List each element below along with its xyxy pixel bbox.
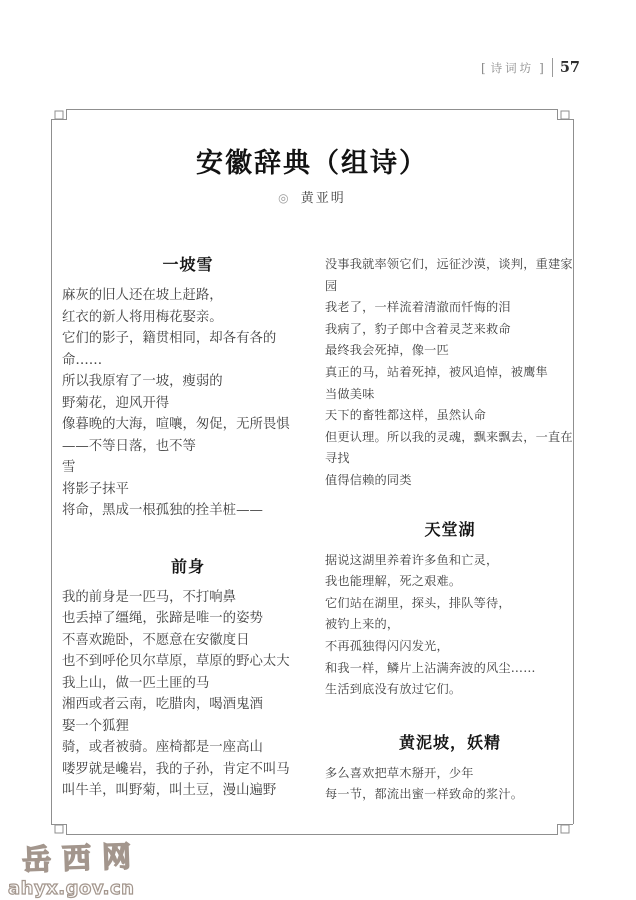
poem-line: 天下的畜牲都这样，虽然认命 [325,405,575,427]
poem-line: 骑，或者被骑。座椅都是一座高山 [62,737,314,759]
poem-line: 野菊花，迎风开得 [62,393,314,415]
poem-body: 据说这湖里养着许多鱼和亡灵，我也能理解，死之艰难。它们站在湖里，探头，排队等待，… [325,550,575,701]
poem-line: 我的前身是一匹马，不打响鼻 [62,587,314,609]
poem-line: 被钓上来的， [325,614,575,636]
frame-knot-br [561,825,569,833]
poem-line: 真正的马，站着死掉，被风追悼，被鹰隼 [325,362,575,384]
poem-line: 湘西或者云南，吃腊肉，喝酒鬼酒 [62,694,314,716]
poem-title: 前身 [62,556,314,578]
poem-yipoxue: 一坡雪 麻灰的旧人还在坡上赶路，红衣的新人将用梅花娶亲。它们的影子，籍贯相同，却… [62,254,314,522]
poem-title: 黄泥坡，妖精 [325,732,575,754]
poem-body: 我的前身是一匹马，不打响鼻也丢掉了缰绳，张蹄是唯一的姿势不喜欢跪卧，不愿意在安徽… [62,587,314,802]
poem-line: 叫牛羊，叫野菊，叫土豆，漫山遍野 [62,780,314,802]
header-divider-rule [552,58,553,77]
poem-qianshen: 前身 我的前身是一匹马，不打响鼻也丢掉了缰绳，张蹄是唯一的姿势不喜欢跪卧，不愿意… [62,556,314,802]
poem-line: 据说这湖里养着许多鱼和亡灵， [325,550,575,572]
poem-line: 雪 [62,457,314,479]
poem-line: 最终我会死掉，像一匹 [325,340,575,362]
site-watermark: 岳西网 ahyx.gov.cn [8,836,142,899]
frame-corner-tl [51,110,67,120]
frame-corner-bl [51,825,67,835]
poem-line: 娶一个狐狸 [62,716,314,738]
column-left: 一坡雪 麻灰的旧人还在坡上赶路，红衣的新人将用梅花娶亲。它们的影子，籍贯相同，却… [62,254,314,802]
author-name: 黄亚明 [301,191,346,206]
poem-line: 命…… [62,350,314,372]
poem-qianshen-continuation: 没事我就率领它们，远征沙漠，谈判，重建家园我老了，一样流着清澈而忏悔的泪我病了，… [325,254,575,492]
frame-knot-bl [55,825,63,833]
poem-line: 所以我原宥了一坡，瘦弱的 [62,371,314,393]
poem-line: 不再孤独得闪闪发光， [325,636,575,658]
column-right: 没事我就率领它们，远征沙漠，谈判，重建家园我老了，一样流着清澈而忏悔的泪我病了，… [325,254,575,806]
page-number: 57 [560,59,580,76]
poem-line: 不喜欢跪卧，不愿意在安徽度日 [62,630,314,652]
poem-line: 值得信赖的同类 [325,470,575,492]
poem-tiantanghu: 天堂湖 据说这湖里养着许多鱼和亡灵，我也能理解，死之艰难。它们站在湖里，探头，排… [325,519,575,701]
poem-line: 也丢掉了缰绳，张蹄是唯一的姿势 [62,608,314,630]
poem-huangnipo: 黄泥坡，妖精 多么喜欢把草木掰开，少年每一节，都流出蜜一样致命的浆汁。 [325,732,575,806]
poem-line: 它们的影子，籍贯相同，却各有各的 [62,328,314,350]
poem-line: 没事我就率领它们，远征沙漠，谈判，重建家 [325,254,575,276]
poem-body: 多么喜欢把草木掰开，少年每一节，都流出蜜一样致命的浆汁。 [325,763,575,806]
frame-corner-tr [558,110,574,120]
running-head: [ 诗词坊 ] 57 [481,58,580,77]
poem-line: 将命，黑成一根孤独的拴羊桩—— [62,500,314,522]
frame-knot-tr [561,111,569,119]
poem-body: 没事我就率领它们，远征沙漠，谈判，重建家园我老了，一样流着清澈而忏悔的泪我病了，… [325,254,575,492]
poem-line: 但更认理。所以我的灵魂，飘来飘去，一直在 [325,427,575,449]
poem-line: 喽罗就是巉岩，我的子孙，肯定不叫马 [62,759,314,781]
poem-line: 将影子抹平 [62,479,314,501]
poem-line: 每一节，都流出蜜一样致命的浆汁。 [325,784,575,806]
poem-line: 它们站在湖里，探头，排队等待， [325,593,575,615]
poem-line: 我上山，做一匹土匪的马 [62,673,314,695]
poem-line: 我病了，豹子郎中含着灵芝来救命 [325,319,575,341]
poem-line: 多么喜欢把草木掰开，少年 [325,763,575,785]
watermark-site-url: ahyx.gov.cn [8,878,142,899]
page-title: 安徽辞典（组诗） [51,141,573,180]
poem-line: 当做美味 [325,384,575,406]
poem-line: 我老了，一样流着清澈而忏悔的泪 [325,297,575,319]
author-line: ◎ 黄亚明 [51,187,573,206]
poem-title: 一坡雪 [62,254,314,276]
magazine-page: [ 诗词坊 ] 57 安徽辞典（组诗） ◎ 黄亚明 一坡雪 麻灰的旧人还在坡上赶… [0,0,636,900]
poem-line: 麻灰的旧人还在坡上赶路， [62,285,314,307]
poem-title: 天堂湖 [325,519,575,541]
poem-body: 麻灰的旧人还在坡上赶路，红衣的新人将用梅花娶亲。它们的影子，籍贯相同，却各有各的… [62,285,314,522]
section-bracket-right: ] [539,61,544,75]
poem-line: 寻找 [325,448,575,470]
poem-line: 和我一样，鳞片上沾满奔波的风尘…… [325,658,575,680]
author-marker-icon: ◎ [278,191,288,205]
frame-knot-tl [55,111,63,119]
poem-line: 园 [325,276,575,298]
poem-line: 我也能理解，死之艰难。 [325,571,575,593]
watermark-site-name: 岳西网 [21,834,142,879]
poem-line: ——不等日落，也不等 [62,436,314,458]
poem-line: 生活到底没有放过它们。 [325,679,575,701]
poem-line: 像暮晚的大海，喧嚷，匆促，无所畏惧 [62,414,314,436]
poem-line: 红衣的新人将用梅花娶亲。 [62,307,314,329]
frame-corner-br [558,825,574,835]
section-label: 诗词坊 [486,60,540,76]
poem-line: 也不到呼伦贝尔草原，草原的野心太大 [62,651,314,673]
